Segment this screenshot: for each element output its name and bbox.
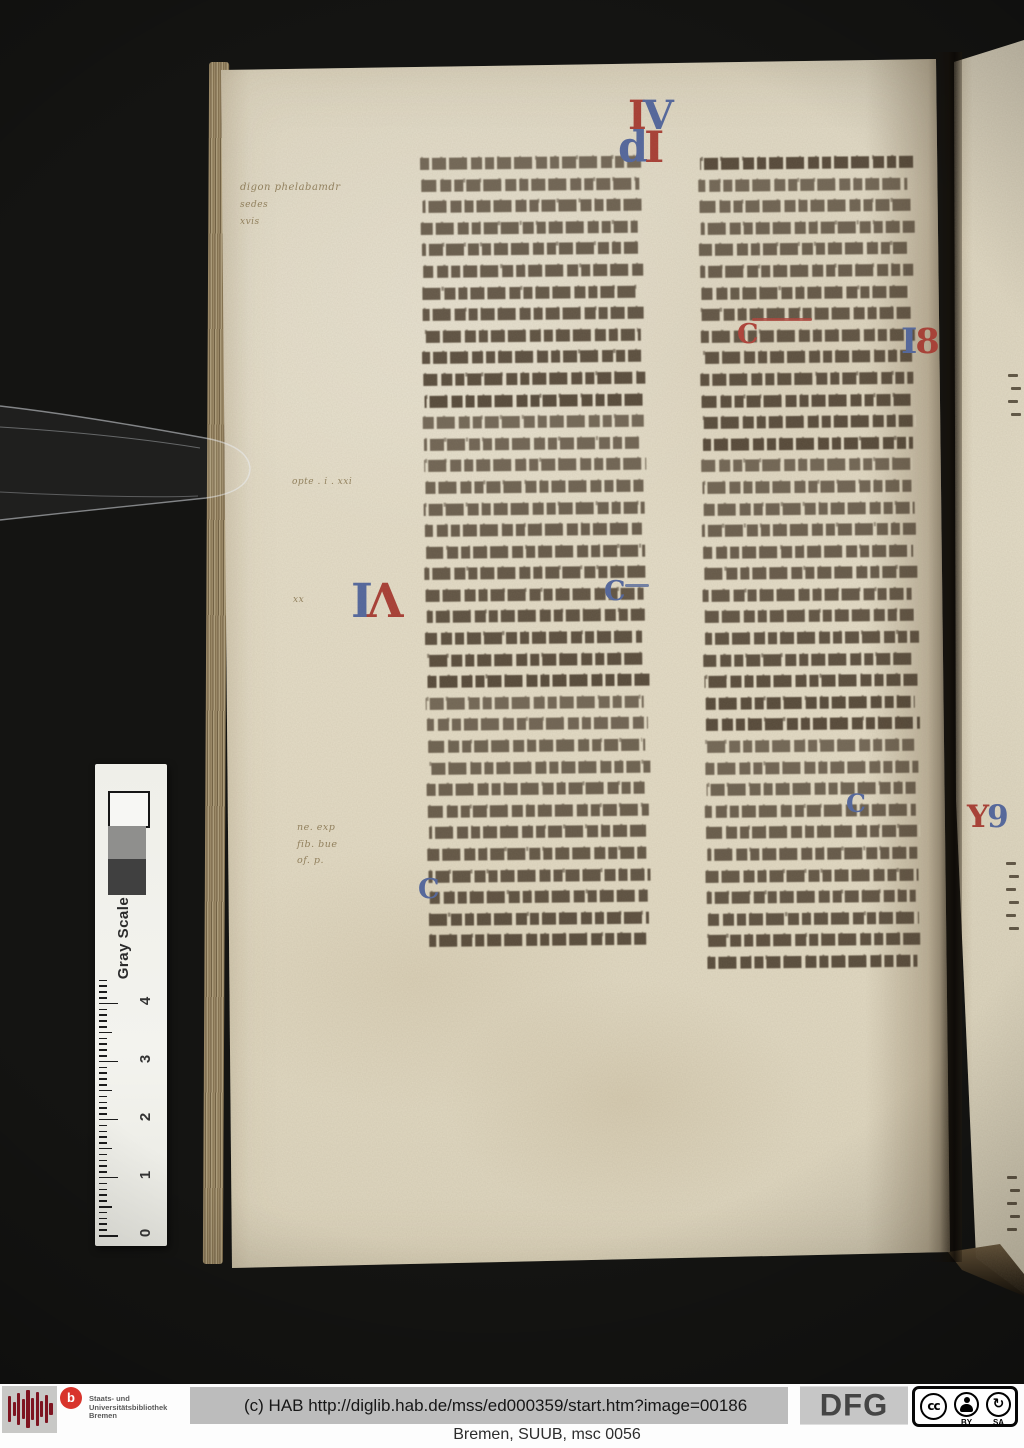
copyright-url-bar: (c) HAB http://diglib.hab.de/mss/ed00035…	[190, 1387, 788, 1424]
facing-page-text-fragment	[1009, 901, 1019, 904]
facing-page-text-fragment	[1009, 875, 1019, 878]
running-title-numeral: IVdI	[616, 98, 670, 168]
ruler-tick	[99, 997, 107, 999]
text-line	[427, 717, 648, 731]
marginal-note-line: sedes	[240, 197, 341, 214]
text-line	[705, 868, 918, 882]
ruler-tick	[99, 1038, 107, 1040]
cc-license-badge: cc ↻ BY SA	[912, 1386, 1018, 1427]
cc-by-label: BY	[954, 1418, 979, 1427]
text-line	[427, 782, 645, 796]
gray-scale-label: Gray Scale	[115, 863, 133, 1013]
ruler-tick	[99, 1154, 107, 1156]
facing-page-text-fragment	[1007, 1176, 1017, 1179]
text-line	[421, 221, 638, 235]
text-line	[423, 307, 644, 321]
text-line	[425, 631, 642, 645]
running-title-letter: I	[644, 123, 660, 173]
text-line	[702, 480, 911, 494]
ruler-tick	[99, 1003, 118, 1005]
facing-page-text-fragment	[1007, 1202, 1017, 1205]
text-line	[701, 328, 915, 342]
ruler-tick	[99, 1229, 107, 1231]
share-alike-arrow-icon: ↻	[986, 1392, 1011, 1417]
cc-icon: cc	[920, 1393, 947, 1420]
ruler-tick	[99, 1171, 107, 1173]
text-line	[703, 436, 913, 450]
ruler-number: 1	[137, 1166, 155, 1184]
logo-bar	[40, 1401, 43, 1417]
ruler-tick	[99, 1014, 107, 1016]
text-line	[705, 760, 918, 774]
ruler-tick	[99, 1200, 107, 1202]
text-line	[429, 825, 646, 839]
text-line	[707, 847, 917, 861]
logo-bar	[45, 1395, 48, 1423]
margin-numeral-char: I	[351, 574, 367, 629]
margin-numeral-char: 8	[915, 321, 937, 362]
text-line	[421, 177, 639, 191]
ruler-number: 3	[137, 1050, 155, 1068]
ruler-tick	[99, 1223, 107, 1225]
logo-bar	[17, 1393, 20, 1425]
ruler-number: 0	[137, 1224, 155, 1242]
caption-footer: b Staats- und Universitätsbibliothek Bre…	[0, 1384, 1024, 1448]
chapter-numeral-right: I8	[901, 324, 938, 359]
bremen-line: Bremen	[89, 1412, 167, 1421]
text-line	[704, 566, 917, 580]
text-line	[706, 825, 920, 839]
text-line	[700, 372, 913, 386]
facing-page-text-fragment	[1011, 413, 1021, 416]
ruler-tick	[99, 1113, 107, 1115]
gray-patch-white	[108, 791, 150, 828]
ruler-tick	[99, 1142, 107, 1144]
logo-bar	[22, 1399, 25, 1419]
text-line	[706, 717, 920, 731]
ruler-tick	[99, 1218, 107, 1220]
text-line	[702, 415, 916, 429]
text-line	[427, 847, 646, 861]
margin-numeral-char: I	[901, 321, 915, 362]
marginal-note-line: xvis	[240, 214, 341, 231]
manuscript-column-2	[698, 156, 921, 979]
text-line	[708, 912, 920, 926]
capitulum-mark: C	[846, 791, 866, 816]
cc-sa-label: SA	[986, 1418, 1011, 1427]
text-line	[423, 372, 645, 386]
text-line	[424, 393, 642, 407]
capitulum-mark: C	[418, 876, 440, 903]
facing-page-text-fragment	[1008, 400, 1018, 403]
text-line	[707, 890, 916, 904]
text-line	[700, 156, 913, 170]
text-line	[700, 264, 913, 278]
text-line	[422, 199, 643, 213]
marginal-note-top: digon phelabamdrsedesxvis	[240, 178, 341, 231]
attribution-person-icon	[954, 1392, 979, 1417]
text-line	[706, 696, 915, 710]
shelfmark-caption: Bremen, SUUB, msc 0056	[397, 1426, 697, 1444]
facing-page-text-fragment	[1007, 1228, 1017, 1231]
logo-bar	[8, 1396, 11, 1422]
ruler-tick	[99, 1026, 107, 1028]
text-line	[424, 436, 641, 450]
ruler-tick	[99, 1043, 107, 1045]
logo-bar	[13, 1402, 16, 1416]
ruler-tick	[99, 1096, 107, 1098]
ruler-tick	[99, 1049, 107, 1051]
facing-page-text-fragment	[1006, 914, 1016, 917]
text-line	[426, 696, 644, 710]
ruler-tick	[99, 1032, 112, 1034]
text-line	[428, 803, 649, 817]
text-line	[703, 544, 913, 558]
text-line	[701, 458, 914, 472]
text-line	[423, 415, 644, 429]
facing-page-text-fragment	[1008, 374, 1018, 377]
text-line	[705, 804, 917, 818]
ruler-tick	[99, 1090, 112, 1092]
marginal-note-mid: opte . i . xxi	[292, 474, 352, 491]
manuscript-scan-photo: IVdI IΛ I8 Y9 C C C C digon phelabamdrse…	[0, 0, 1024, 1448]
text-line	[427, 674, 649, 688]
marginal-note-line: of. p.	[297, 853, 338, 870]
ruler-tick	[99, 1084, 107, 1086]
marginal-note-line: ne. exp	[297, 820, 338, 837]
text-line	[428, 911, 649, 925]
ruler-tick	[99, 1078, 107, 1080]
ruler-tick	[99, 1125, 107, 1127]
text-line	[426, 652, 645, 666]
text-line	[429, 933, 646, 947]
facing-page-text-fragment	[1006, 888, 1016, 891]
gray-patch-mid	[108, 826, 146, 859]
marginal-note-lower: ne. expfib. bueof. p.	[297, 820, 338, 870]
text-line	[698, 177, 907, 191]
facing-page-text-fragment	[1010, 1189, 1020, 1192]
text-line	[705, 631, 919, 645]
text-line	[706, 933, 920, 947]
facing-page-text-fragment	[1009, 927, 1019, 930]
bremen-library-name: Staats- und Universitätsbibliothek Breme…	[89, 1395, 167, 1421]
logo-bar	[31, 1398, 34, 1420]
capitulum-mark: C	[737, 321, 759, 348]
ruler-tick	[99, 985, 107, 987]
ruler-tick	[99, 980, 107, 982]
text-line	[422, 350, 641, 364]
marginal-note-line: digon phelabamdr	[240, 178, 341, 197]
margin-numeral-char: Λ	[367, 574, 397, 629]
ruler-tick	[99, 1206, 112, 1208]
ruler-tick	[99, 1165, 107, 1167]
text-line	[703, 652, 913, 666]
ruler-tick	[99, 1107, 107, 1109]
text-line	[424, 328, 641, 342]
ruler-tick	[99, 1072, 107, 1074]
ruler-tick	[99, 1177, 118, 1179]
gray-scale-card: Gray Scale 43210	[95, 764, 167, 1246]
text-line	[704, 501, 916, 515]
ruler-tick	[99, 1131, 107, 1133]
facing-page-text-fragment	[1006, 862, 1016, 865]
text-line	[699, 242, 909, 256]
ruler-tick	[99, 1160, 107, 1162]
margin-numeral-char: 9	[987, 799, 1007, 835]
manuscript-column-1	[420, 156, 650, 957]
text-line	[701, 285, 910, 299]
ruler-tick	[99, 1102, 107, 1104]
text-line	[699, 199, 911, 213]
ruler-tick	[99, 1235, 118, 1237]
chapter-numeral-facing-page: Y9	[967, 802, 1007, 833]
text-line	[428, 760, 650, 774]
text-line	[428, 739, 645, 753]
ruler-tick	[99, 991, 107, 993]
ruler-tick	[99, 1183, 107, 1185]
text-line	[702, 523, 916, 537]
text-line	[426, 544, 645, 558]
text-line	[424, 458, 646, 472]
text-line	[707, 782, 916, 796]
bremen-library-logo-icon	[2, 1386, 57, 1433]
text-line	[420, 156, 642, 170]
text-line	[424, 501, 645, 515]
marginal-note-line: fib. bue	[297, 837, 338, 854]
logo-bar	[49, 1403, 52, 1415]
ruler-tick	[99, 1055, 107, 1057]
marginal-mark: xx	[293, 592, 304, 609]
ruler-tick	[99, 1148, 112, 1150]
capitulum-mark: C	[604, 578, 626, 605]
ruler-tick	[99, 1061, 118, 1063]
text-line	[425, 480, 643, 494]
chapter-numeral-left: IΛ	[351, 578, 397, 625]
text-line	[423, 264, 645, 278]
ruler-tick	[99, 1136, 107, 1138]
text-line	[425, 523, 642, 537]
ruler-number: 2	[137, 1108, 155, 1126]
logo-bar	[26, 1390, 29, 1428]
text-line	[421, 285, 639, 299]
text-line	[704, 609, 916, 623]
text-line	[428, 868, 650, 882]
ruler-tick	[99, 1020, 107, 1022]
capitulum-flourish	[625, 584, 649, 587]
ruler-tick	[99, 1009, 107, 1011]
bremen-b-icon: b	[60, 1387, 82, 1409]
facing-page-text-fragment	[1010, 1215, 1020, 1218]
facing-page-text-fragment	[1011, 387, 1021, 390]
text-line	[707, 955, 917, 969]
ruler-tick	[99, 1194, 107, 1196]
ruler-tick	[99, 1212, 107, 1214]
text-line	[422, 242, 641, 256]
text-line	[701, 393, 910, 407]
ruler-tick	[99, 1067, 107, 1069]
book-gutter-shadow	[928, 52, 962, 1262]
text-line	[701, 221, 915, 235]
ruler-tick	[99, 1189, 107, 1191]
text-line	[427, 609, 648, 623]
text-line	[704, 739, 914, 753]
ruler-tick	[99, 1119, 118, 1121]
text-line	[430, 890, 648, 904]
rubric-stroke	[752, 318, 812, 321]
text-line	[703, 588, 912, 602]
dfg-logo: DFG	[800, 1386, 908, 1424]
ruler-number: 4	[137, 992, 155, 1010]
running-title-letter: d	[618, 123, 644, 173]
text-line	[702, 350, 912, 364]
logo-bar	[36, 1392, 39, 1426]
text-line	[704, 674, 917, 688]
margin-numeral-char: Y	[967, 799, 987, 835]
